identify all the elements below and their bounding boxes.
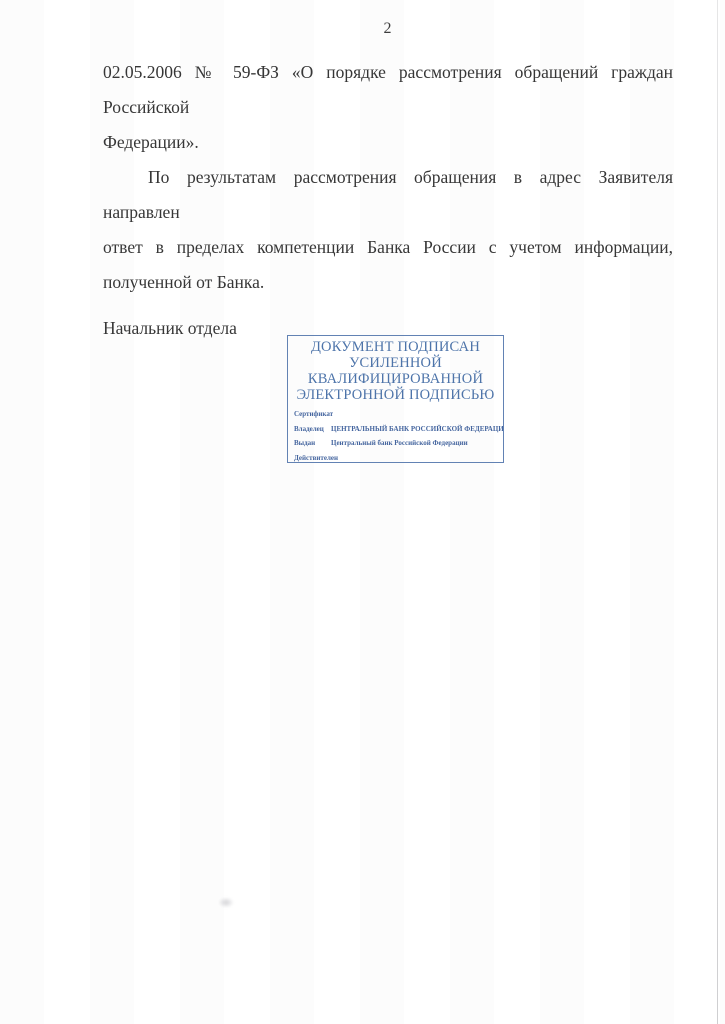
stamp-field-label: Выдан <box>294 436 331 451</box>
stamp-heading-line: ДОКУМЕНТ ПОДПИСАН <box>288 339 503 355</box>
paragraph2-line1: По результатам рассмотрения обращения в … <box>103 160 673 230</box>
stamp-heading-line: ЭЛЕКТРОННОЙ ПОДПИСЬЮ <box>288 387 503 403</box>
stamp-field-label: Сертификат <box>294 407 333 422</box>
stamp-field-label: Владелец <box>294 422 331 437</box>
stamp-heading: ДОКУМЕНТ ПОДПИСАН УСИЛЕННОЙ КВАЛИФИЦИРОВ… <box>288 339 503 403</box>
page-edge-line <box>717 0 718 1024</box>
stamp-heading-line: УСИЛЕННОЙ <box>288 355 503 371</box>
stamp-field-value: Центральный банк Российской Федерации <box>331 439 468 447</box>
stamp-field-validity: Действителен <box>294 451 503 464</box>
stamp-heading-line: КВАЛИФИЦИРОВАННОЙ <box>288 371 503 387</box>
scan-smudge-artifact <box>218 897 234 908</box>
paragraph2-line3: полученной от Банка. <box>103 265 673 300</box>
stamp-field-label: Действителен <box>294 451 338 464</box>
stamp-field-owner: ВладелецЦЕНТРАЛЬНЫЙ БАНК РОССИЙСКОЙ ФЕДЕ… <box>294 422 503 437</box>
paragraph1-line1: 02.05.2006 № 59-ФЗ «О порядке рассмотрен… <box>103 55 673 125</box>
paragraph1-line2: Федерации». <box>103 125 673 160</box>
stamp-field-certificate: Сертификат <box>294 407 503 422</box>
document-page: 2 02.05.2006 № 59-ФЗ «О порядке рассмотр… <box>0 0 725 1024</box>
digital-signature-stamp: ДОКУМЕНТ ПОДПИСАН УСИЛЕННОЙ КВАЛИФИЦИРОВ… <box>287 335 504 463</box>
document-body: 02.05.2006 № 59-ФЗ «О порядке рассмотрен… <box>103 55 673 346</box>
stamp-field-value: ЦЕНТРАЛЬНЫЙ БАНК РОССИЙСКОЙ ФЕДЕРАЦИИ <box>331 425 504 433</box>
stamp-field-issuer: ВыданЦентральный банк Российской Федерац… <box>294 436 503 451</box>
page-number: 2 <box>103 20 672 38</box>
paragraph2-line2: ответ в пределах компетенции Банка Росси… <box>103 230 673 265</box>
stamp-fields: Сертификат ВладелецЦЕНТРАЛЬНЫЙ БАНК РОСС… <box>294 407 503 463</box>
